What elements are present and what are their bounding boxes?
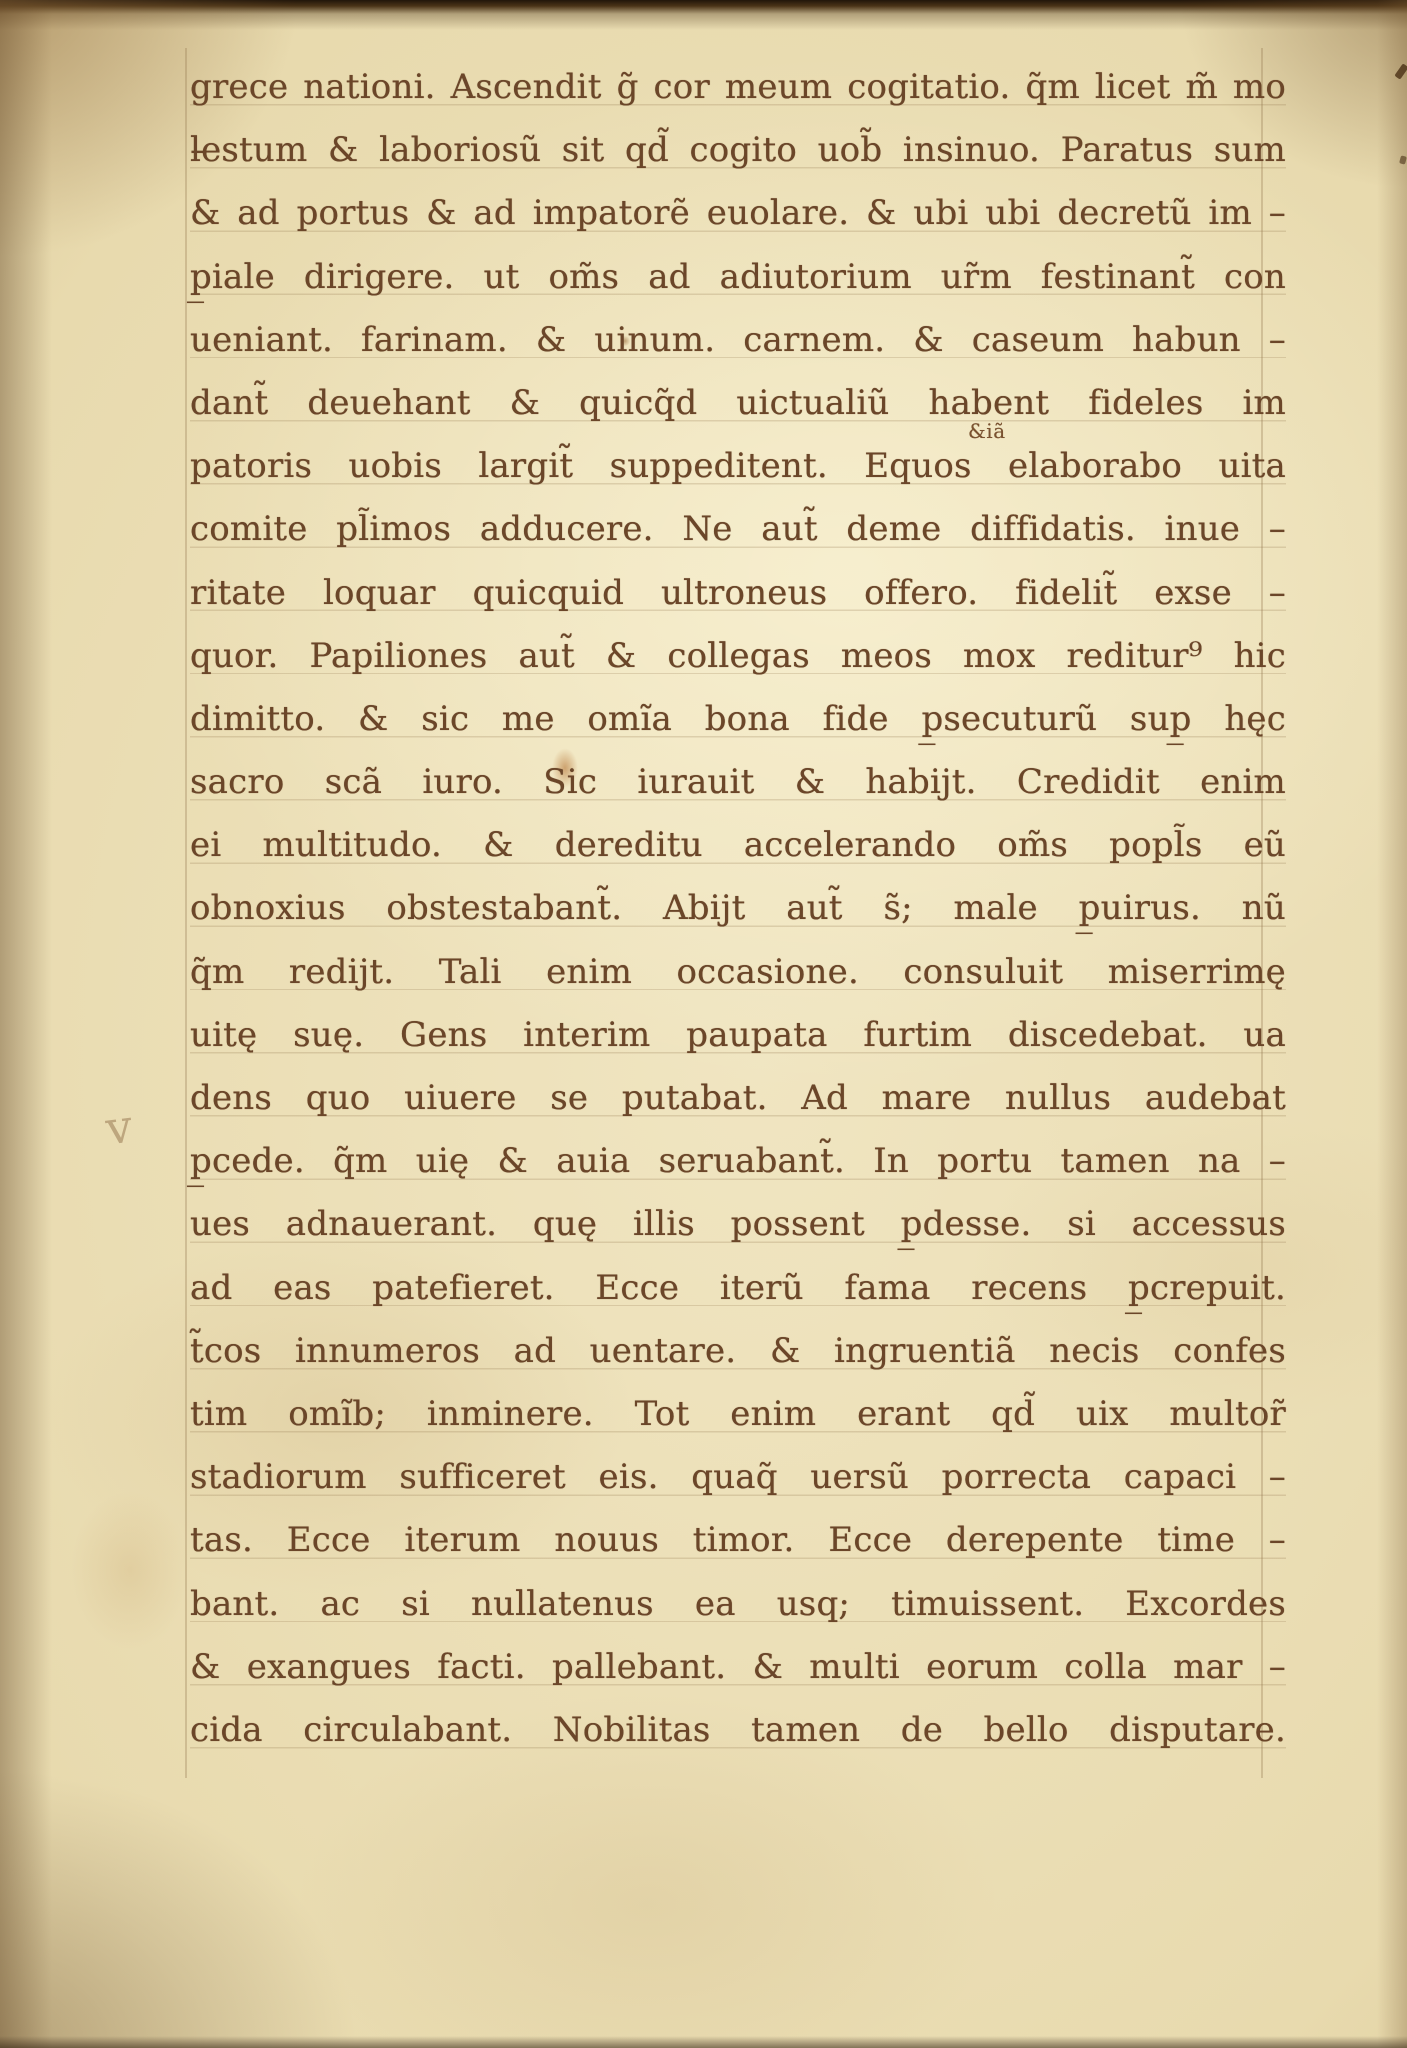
manuscript-text-line: & ad portus & ad impatorẽ euolare. & ubi… (190, 182, 1286, 245)
manuscript-text-line: cida circulabant. Nobilitas tamen de bel… (190, 1699, 1286, 1762)
manuscript-text-line: lestum & laboriosũ sit qd̃ cogito uob̃ i… (190, 119, 1286, 182)
manuscript-text-line: dimitto. & sic me omĩa bona fide p̲secut… (190, 688, 1286, 751)
manuscript-text-line: stadiorum sufficeret eis. quaq̃ uersũ po… (190, 1446, 1286, 1509)
manuscript-text-line: tim omĩb; inminere. Tot enim erant qd̃ u… (190, 1383, 1286, 1446)
manuscript-text-line: obnoxius obstestabant̃. Abijt aut̃ s̃; m… (190, 877, 1286, 940)
parchment-stain (70, 1490, 190, 1650)
manuscript-text-line: comite pl̃imos adducere. Ne aut̃ deme di… (190, 498, 1286, 561)
manuscript-text-line: ei multitudo. & dereditu accelerando om̃… (190, 814, 1286, 877)
manuscript-text-line: grece nationi. Ascendit g̃ cor meum cogi… (190, 56, 1286, 119)
manuscript-text-line: q̃m redijt. Tali enim occasione. consulu… (190, 941, 1286, 1004)
manuscript-page: grece nationi. Ascendit g̃ cor meum cogi… (0, 0, 1407, 2048)
manuscript-text-line: ritate loquar quicquid ultroneus offero.… (190, 562, 1286, 625)
manuscript-text-line: tas. Ecce iterum nouus timor. Ecce derep… (190, 1509, 1286, 1572)
manuscript-text-line: uitę suę. Gens interim paupata furtim di… (190, 1004, 1286, 1067)
interlinear-correction: &iã (968, 419, 1006, 443)
manuscript-text-line: ues adnauerant. quę illis possent p̲dess… (190, 1193, 1286, 1256)
manuscript-text-line: sacro scã iuro. Sic iurauit & habijt. Cr… (190, 751, 1286, 814)
manuscript-text-line: ueniant. farinam. & uinum. carnem. & cas… (190, 309, 1286, 372)
manuscript-text-line: dens quo uiuere se putabat. Ad mare null… (190, 1067, 1286, 1130)
manuscript-text-line: p̲cede. q̃m uię & auia seruabant̃. In po… (190, 1130, 1286, 1193)
manuscript-text-line: quor. Papiliones aut̃ & collegas meos mo… (190, 625, 1286, 688)
text-block: grece nationi. Ascendit g̃ cor meum cogi… (190, 56, 1286, 1762)
page-edge-left-shadow (0, 0, 52, 2048)
manuscript-text-line: & exangues facti. pallebant. & multi eor… (190, 1636, 1286, 1699)
page-corner-bottomleft-shadow (0, 1768, 360, 2048)
manuscript-text-line: p̲iale dirigere. ut om̃s ad adiutorium u… (190, 246, 1286, 309)
manuscript-text-line: t̃cos innumeros ad uentare. & ingruentiã… (190, 1320, 1286, 1383)
manuscript-text-line: bant. ac si nullatenus ea usq; timuissen… (190, 1573, 1286, 1636)
page-edge-bottom-shadow (0, 2036, 1407, 2048)
manuscript-text-line: patoris uobis largit̃ suppeditent. Equos… (190, 435, 1286, 498)
page-edge-right-shadow (1377, 0, 1407, 2048)
manuscript-text-line: dant̃ deuehant & quicq̃d uictualiũ haben… (190, 372, 1286, 435)
ruling-line-left (185, 48, 187, 1778)
manuscript-text-line: ad eas patefieret. Ecce iterũ fama recen… (190, 1257, 1286, 1320)
